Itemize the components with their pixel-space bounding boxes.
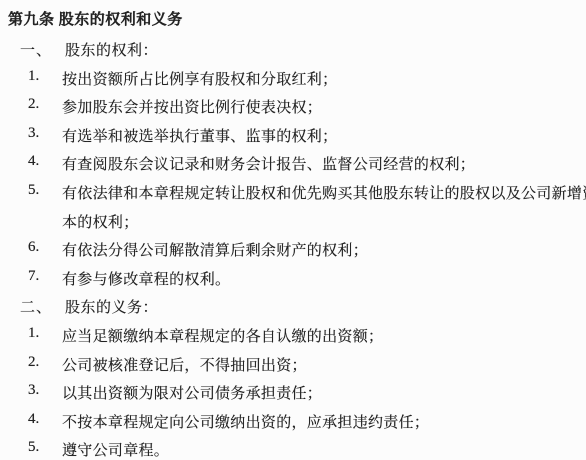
list-item: 3. 有选举和被选举执行董事、监事的权利； (0, 125, 586, 154)
section-heading-label: 股东的权利： (65, 39, 158, 60)
list-item: 2. 参加股东会并按出资比例行使表决权； (0, 96, 586, 125)
list-item: 1. 按出资额所占比例享有股权和分取红利； (0, 68, 586, 97)
article-title: 第九条 股东的权利和义务 (8, 8, 586, 29)
list-item-text: 有依法律和本章程规定转让股权和优先购买其他股东转让的股权以及公司新增资 (62, 182, 586, 203)
list-item-number: 3. (28, 125, 39, 142)
list-item-text: 按出资额所占比例享有股权和分取红利； (62, 68, 586, 89)
document-body: 一、 股东的权利： 1. 按出资额所占比例享有股权和分取红利； 2. 参加股东会… (0, 39, 586, 460)
list-item-number: 2. (28, 354, 39, 371)
list-item-number: 5. (28, 182, 39, 199)
section-heading-obligations: 二、 股东的义务： (0, 296, 586, 325)
list-item-text: 有查阅股东会议记录和财务会计报告、监督公司经营的权利； (62, 153, 586, 174)
section-marker: 二、 (20, 296, 52, 317)
list-item-number: 5. (28, 439, 39, 456)
list-item-number: 6. (28, 239, 39, 256)
section-marker: 一、 (20, 39, 52, 60)
list-item: 4. 不按本章程规定向公司缴纳出资的，应承担违约责任； (0, 411, 586, 440)
scanned-document-page: 第九条 股东的权利和义务 一、 股东的权利： 1. 按出资额所占比例享有股权和分… (0, 0, 586, 460)
list-item-text: 有依法分得公司解散清算后剩余财产的权利； (62, 239, 586, 260)
list-item: 2. 公司被核准登记后，不得抽回出资； (0, 354, 586, 383)
list-item-text: 公司被核准登记后，不得抽回出资； (62, 354, 586, 375)
list-item-number: 4. (28, 153, 39, 170)
list-item-number: 4. (28, 411, 39, 428)
list-item-number: 2. (28, 96, 39, 113)
list-item-number: 1. (28, 325, 39, 342)
list-item-number: 1. (28, 68, 39, 85)
list-item-text: 遵守公司章程。 (62, 439, 586, 460)
list-item-text: 应当足额缴纳本章程规定的各自认缴的出资额； (62, 325, 586, 346)
list-item: 3. 以其出资额为限对公司债务承担责任； (0, 382, 586, 411)
list-item: 7. 有参与修改章程的权利。 (0, 268, 586, 297)
list-item: 5. 遵守公司章程。 (0, 439, 586, 460)
list-item: 1. 应当足额缴纳本章程规定的各自认缴的出资额； (0, 325, 586, 354)
list-item-text: 不按本章程规定向公司缴纳出资的，应承担违约责任； (62, 411, 586, 432)
list-item-text: 以其出资额为限对公司债务承担责任； (62, 382, 586, 403)
list-item-text: 参加股东会并按出资比例行使表决权； (62, 96, 586, 117)
list-item-text: 本的权利； (62, 211, 586, 232)
section-heading-rights: 一、 股东的权利： (0, 39, 586, 68)
list-item-number: 3. (28, 382, 39, 399)
list-item-continuation: 本的权利； (0, 211, 586, 240)
list-item: 5. 有依法律和本章程规定转让股权和优先购买其他股东转让的股权以及公司新增资 (0, 182, 586, 211)
section-heading-label: 股东的义务： (65, 296, 158, 317)
list-item-text: 有选举和被选举执行董事、监事的权利； (62, 125, 586, 146)
list-item-number: 7. (28, 268, 39, 285)
list-item: 6. 有依法分得公司解散清算后剩余财产的权利； (0, 239, 586, 268)
list-item: 4. 有查阅股东会议记录和财务会计报告、监督公司经营的权利； (0, 153, 586, 182)
list-item-text: 有参与修改章程的权利。 (62, 268, 586, 289)
